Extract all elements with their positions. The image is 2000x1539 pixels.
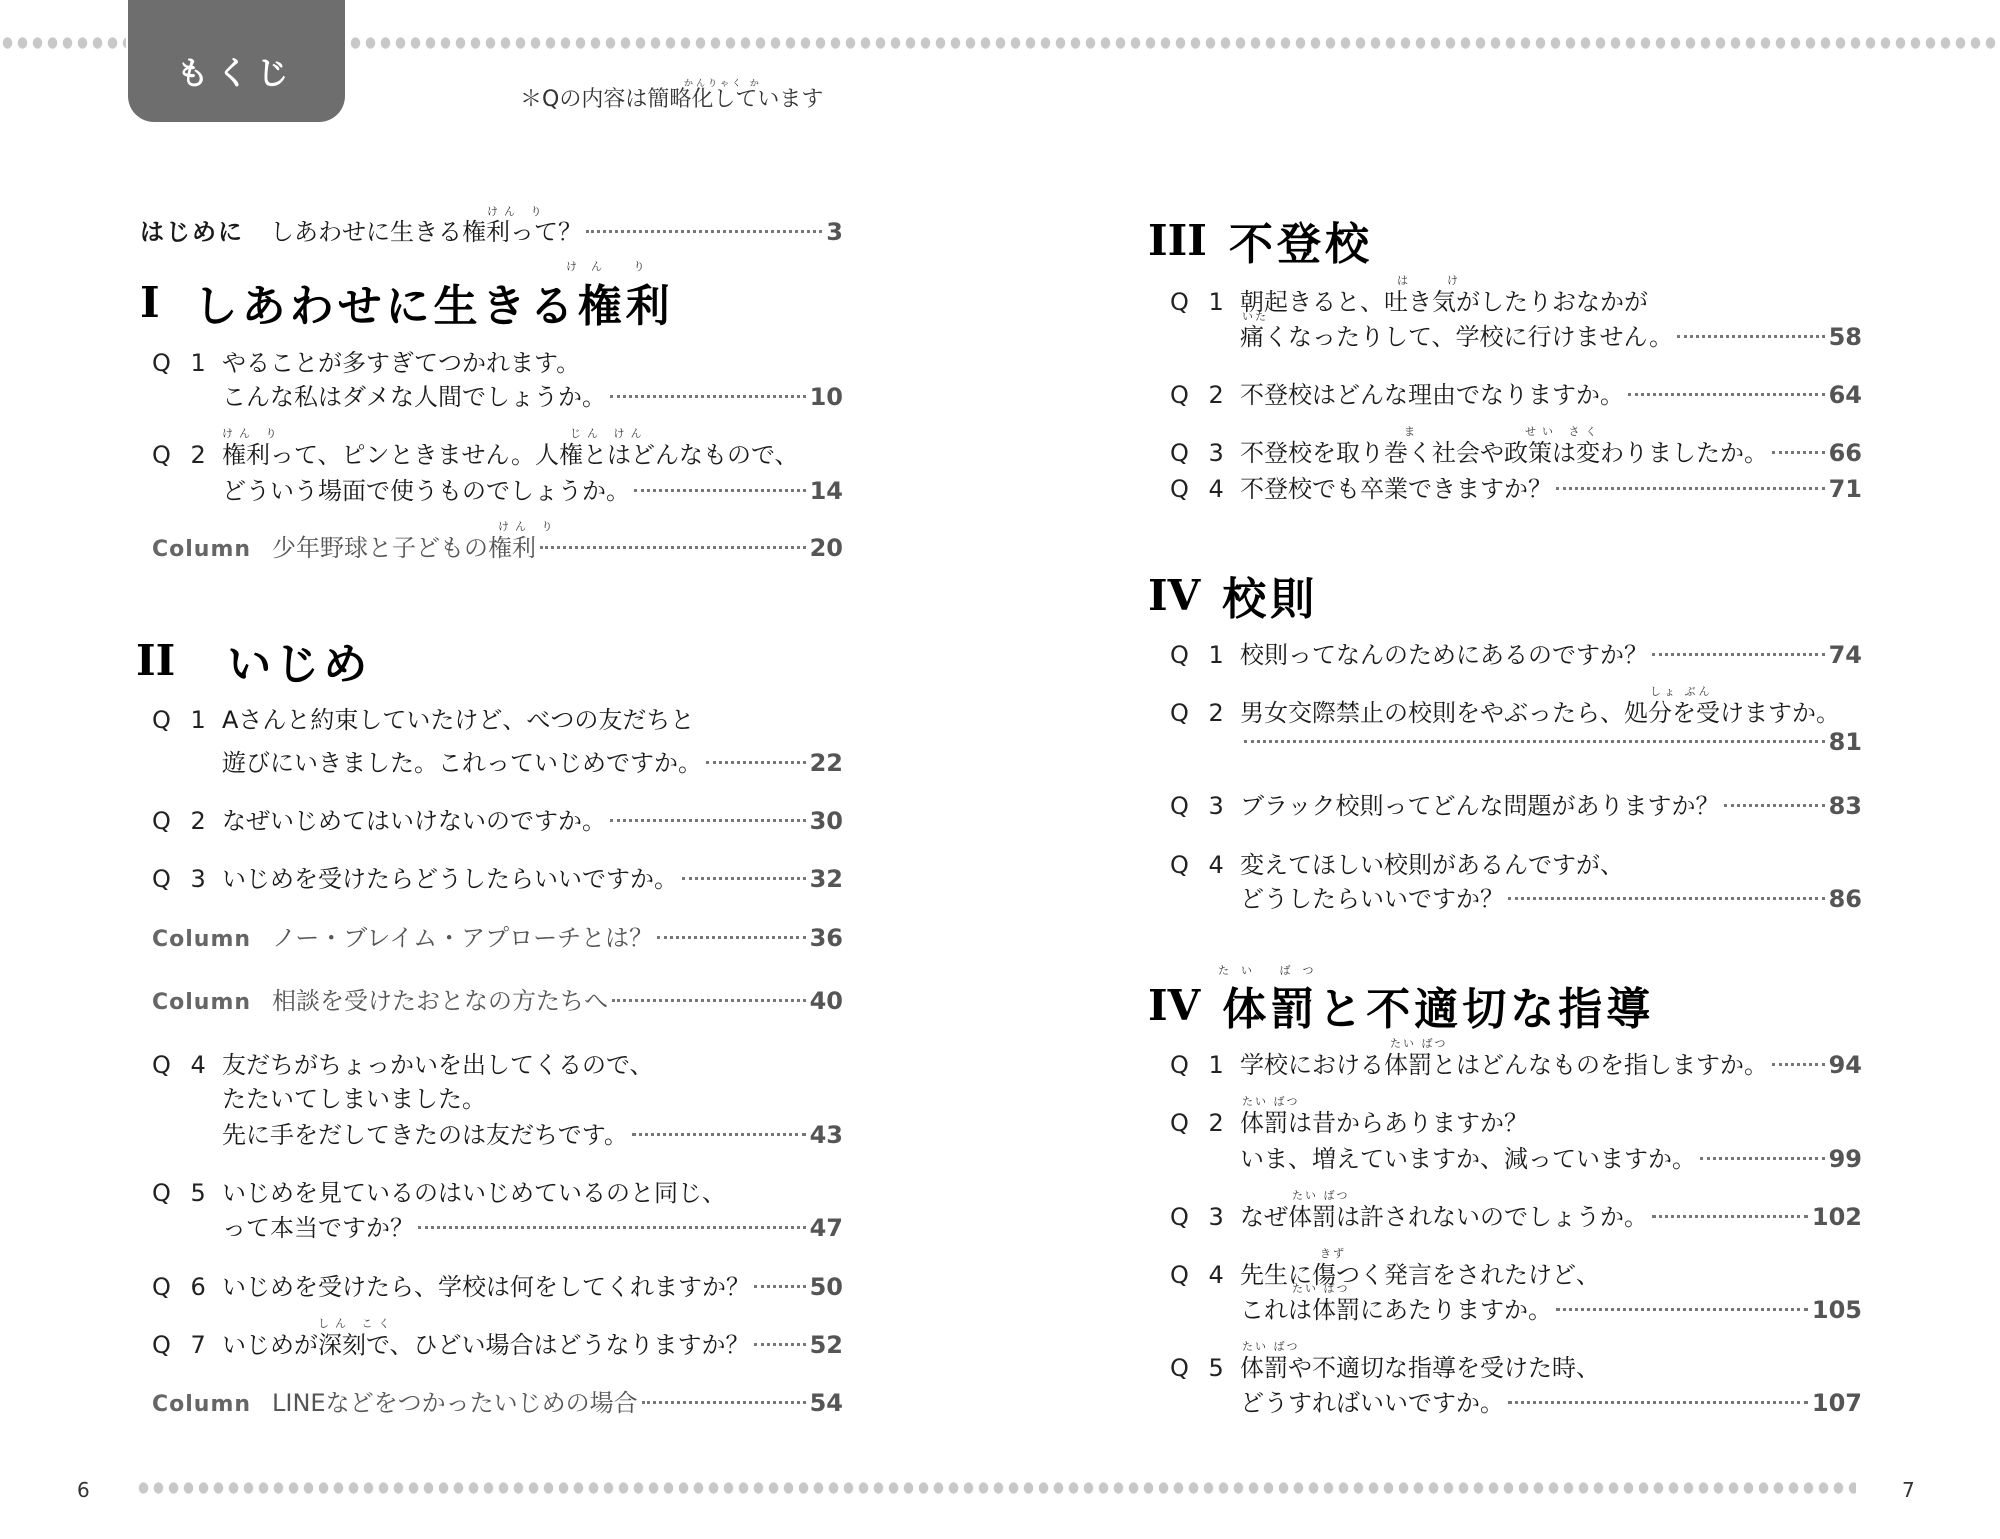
- column-label: Column: [152, 927, 272, 952]
- q-label: Q 4: [1170, 1261, 1240, 1289]
- toc-entry[interactable]: Q 4 先生に傷つく発言をされたけど、: [1170, 1255, 1862, 1290]
- toc-entry-cont[interactable]: こんな私はダメな人間でしょうか。 10: [222, 377, 843, 412]
- toc-entry-column[interactable]: Column LINEなどをつかったいじめの場合 54: [152, 1383, 843, 1418]
- intro-lead: はじめに: [140, 212, 244, 247]
- toc-entry[interactable]: Q 4 変えてほしい校則があるんですが、: [1170, 845, 1862, 880]
- section-4-heading: IV 校則: [1148, 563, 1318, 627]
- toc-entry[interactable]: Q 1 学校における体罰とはどんなものを指しますか。 94: [1170, 1045, 1862, 1080]
- entry-text: 変えてほしい校則があるんですが、: [1240, 845, 1624, 880]
- dot-leader: [754, 1285, 806, 1288]
- page-number: 86: [1829, 885, 1862, 913]
- entry-text: 学校における体罰とはどんなものを指しますか。: [1240, 1045, 1768, 1080]
- dot-leader: [1652, 653, 1825, 656]
- column-label: Column: [152, 1392, 272, 1417]
- page-number: 52: [810, 1331, 843, 1359]
- section-numeral: I: [140, 278, 160, 327]
- bottom-dots: [136, 1482, 1856, 1494]
- q-label: Q 1: [1170, 288, 1240, 316]
- toc-entry[interactable]: Q 4 友だちがちょっかいを出してくるので、: [152, 1045, 843, 1080]
- page-number: 71: [1829, 475, 1862, 503]
- entry-text: 遊びにいきました。これっていじめですか。: [222, 743, 702, 778]
- entry-text: これは体罰にあたりますか。: [1240, 1290, 1552, 1325]
- page-number: 81: [1829, 728, 1862, 756]
- column-label: Column: [152, 537, 272, 562]
- section-numeral: II: [136, 636, 175, 685]
- section-title: 校則: [1222, 563, 1318, 627]
- entry-text: なぜいじめてはいけないのですか。: [222, 801, 606, 836]
- entry-text: たたいてしまいました。: [222, 1079, 486, 1114]
- page-number: 107: [1812, 1389, 1862, 1417]
- page-number: 102: [1812, 1203, 1862, 1231]
- toc-entry[interactable]: Q 1 やることが多すぎてつかれます。: [152, 343, 843, 378]
- page-folio-right: 7: [1902, 1478, 1915, 1502]
- page-number: 14: [810, 477, 843, 505]
- entry-text: なぜ体罰は許されないのでしょうか。: [1240, 1197, 1648, 1232]
- section-2-heading: II いじめ: [136, 628, 371, 692]
- dot-leader: [706, 761, 806, 764]
- dot-leader: [1724, 804, 1825, 807]
- toc-entry[interactable]: Q 1 Aさんと約束していたけど、べつの友だちと: [152, 700, 843, 735]
- toc-entry-column[interactable]: Column 相談を受けたおとなの方たちへ 40: [152, 981, 843, 1016]
- entry-text: 不登校でも卒業できますか？: [1240, 469, 1552, 504]
- toc-entry[interactable]: Q 2 体罰は昔からありますか？: [1170, 1103, 1862, 1138]
- toc-entry[interactable]: Q 2 不登校はどんな理由でなりますか。 64: [1170, 375, 1862, 410]
- entry-text: どういう場面で使うものでしょうか。: [222, 471, 630, 506]
- toc-entry-cont[interactable]: どうすればいいですか。 107: [1240, 1383, 1862, 1418]
- toc-entry-column[interactable]: Column 少年野球と子どもの権利 20: [152, 528, 843, 563]
- entry-text: どうしたらいいですか？: [1240, 879, 1504, 914]
- dot-leader: [1677, 335, 1825, 338]
- top-dots-left: [0, 37, 126, 49]
- entry-text: 校則ってなんのためにあるのですか？: [1240, 635, 1648, 670]
- page-number: 20: [810, 534, 843, 562]
- toc-entry[interactable]: Q 2 なぜいじめてはいけないのですか。 30: [152, 801, 843, 836]
- page-number: 105: [1812, 1296, 1862, 1324]
- section-numeral: IV: [1148, 981, 1200, 1030]
- entry-text: って本当ですか？: [222, 1208, 414, 1243]
- dot-leader: [634, 489, 806, 492]
- page-number: 36: [810, 924, 843, 952]
- page-number: 94: [1829, 1051, 1862, 1079]
- page-number: 22: [810, 749, 843, 777]
- top-dots-right: [348, 37, 2000, 49]
- dot-leader: [1508, 1401, 1808, 1404]
- entry-text: 少年野球と子どもの権利: [272, 528, 536, 563]
- dot-leader: [540, 546, 806, 549]
- q-label: Q 4: [1170, 475, 1240, 503]
- section-title: 不登校: [1229, 208, 1373, 272]
- page-number: 3: [826, 218, 843, 246]
- entry-text: いじめが深刻で、ひどい場合はどうなりますか？: [222, 1325, 750, 1360]
- q-label: Q 2: [1170, 699, 1240, 727]
- q-label: Q 2: [152, 807, 222, 835]
- entry-text: ブラック校則ってどんな問題がありますか？: [1240, 786, 1720, 821]
- toc-entry-cont[interactable]: どうしたらいいですか？ 86: [1240, 879, 1862, 914]
- entry-text: 痛くなったりして、学校に行けません。: [1240, 317, 1673, 352]
- intro-text: しあわせに生きる権利って？: [270, 212, 582, 247]
- toc-entry-cont[interactable]: たたいてしまいました。: [222, 1079, 843, 1114]
- toc-entry[interactable]: Q 3 ブラック校則ってどんな問題がありますか？ 83: [1170, 786, 1862, 821]
- entry-text: 体罰は昔からありますか？: [1240, 1103, 1528, 1138]
- dot-leader: [610, 395, 806, 398]
- dot-leader: [1772, 1063, 1825, 1066]
- page-number: 43: [810, 1121, 843, 1149]
- entry-text: やることが多すぎてつかれます。: [222, 343, 580, 378]
- q-label: Q 3: [152, 865, 222, 893]
- entry-text: いじめを見ているのはいじめているのと同じ、: [222, 1173, 726, 1208]
- entry-text: いま、増えていますか、減っていますか。: [1240, 1139, 1696, 1174]
- page-number: 10: [810, 383, 843, 411]
- entry-text: 権利って、ピンときません。人権とはどんなもので、: [222, 435, 798, 470]
- toc-entry-cont[interactable]: いま、増えていますか、減っていますか。 99: [1240, 1139, 1862, 1174]
- section-3-heading: III 不登校: [1148, 208, 1373, 272]
- q-label: Q 5: [152, 1179, 222, 1207]
- entry-text: どうすればいいですか。: [1240, 1383, 1504, 1418]
- dot-leader: [1700, 1157, 1825, 1160]
- toc-entry[interactable]: Q 6 いじめを受けたら、学校は何をしてくれますか？ 50: [152, 1267, 843, 1302]
- page-folio-left: 6: [77, 1478, 90, 1502]
- q-label: Q 4: [152, 1051, 222, 1079]
- section-1-heading: I しあわせに生きる権利: [140, 270, 674, 334]
- q-label: Q 1: [1170, 1051, 1240, 1079]
- q-label: Q 2: [1170, 381, 1240, 409]
- entry-text: ノー・ブレイム・アプローチとは？: [272, 918, 653, 953]
- q-label: Q 1: [152, 706, 222, 734]
- toc-entry-column[interactable]: Column ノー・ブレイム・アプローチとは？ 36: [152, 918, 843, 953]
- page-number: 50: [810, 1273, 843, 1301]
- toc-entry[interactable]: Q 5 いじめを見ているのはいじめているのと同じ、: [152, 1173, 843, 1208]
- dot-leader: [1772, 451, 1825, 454]
- toc-entry-cont[interactable]: 先に手をだしてきたのは友だちです。 43: [222, 1115, 843, 1150]
- page-number: 64: [1829, 381, 1862, 409]
- section-numeral: IV: [1148, 571, 1200, 620]
- dot-leader: [1556, 487, 1825, 490]
- q-label: Q 2: [152, 441, 222, 469]
- toc-entry[interactable]: Q 3 不登校を取り巻く社会や政策は変わりましたか。 66: [1170, 433, 1862, 468]
- page-number: 66: [1829, 439, 1862, 467]
- q-label: Q 3: [1170, 792, 1240, 820]
- q-label: Q 7: [152, 1331, 222, 1359]
- dot-leader: [682, 877, 806, 880]
- toc-entry-cont[interactable]: って本当ですか？ 47: [222, 1208, 843, 1243]
- page-number: 83: [1829, 792, 1862, 820]
- entry-text: 朝起きると、吐き気がしたりおなかが: [1240, 282, 1648, 317]
- dot-leader: [1244, 740, 1825, 743]
- toc-entry-intro[interactable]: はじめに しあわせに生きる権利って？ 3: [140, 212, 843, 247]
- toc-entry[interactable]: Q 5 体罰や不適切な指導を受けた時、: [1170, 1348, 1862, 1383]
- entry-text: Aさんと約束していたけど、べつの友だちと: [222, 700, 694, 735]
- toc-entry-cont[interactable]: 81: [1240, 728, 1862, 756]
- dot-leader: [1556, 1308, 1808, 1311]
- page-number: 99: [1829, 1145, 1862, 1173]
- toc-entry[interactable]: Q 3 いじめを受けたらどうしたらいいですか。 32: [152, 859, 843, 894]
- entry-text: 男女交際禁止の校則をやぶったら、処分を受けますか。: [1240, 693, 1840, 728]
- toc-entry-cont[interactable]: これは体罰にあたりますか。 105: [1240, 1290, 1862, 1325]
- entry-text: 不登校を取り巻く社会や政策は変わりましたか。: [1240, 433, 1768, 468]
- toc-entry-cont[interactable]: どういう場面で使うものでしょうか。 14: [222, 471, 843, 506]
- q-label: Q 4: [1170, 851, 1240, 879]
- page-number: 58: [1829, 323, 1862, 351]
- dot-leader: [642, 1401, 806, 1404]
- q-label: Q 3: [1170, 439, 1240, 467]
- entry-text: こんな私はダメな人間でしょうか。: [222, 377, 606, 412]
- dot-leader: [1508, 897, 1825, 900]
- section-numeral: III: [1148, 216, 1207, 265]
- entry-text: いじめを受けたらどうしたらいいですか。: [222, 859, 678, 894]
- dot-leader: [1628, 393, 1825, 396]
- section-title: しあわせに生きる権利: [194, 270, 674, 334]
- dot-leader: [754, 1343, 806, 1346]
- simplification-note: ＊Qの内容は簡略化しています: [520, 82, 823, 113]
- toc-entry[interactable]: Q 3 なぜ体罰は許されないのでしょうか。 102: [1170, 1197, 1862, 1232]
- dot-leader: [418, 1226, 806, 1229]
- toc-entry[interactable]: Q 4 不登校でも卒業できますか？ 71: [1170, 469, 1862, 504]
- dot-leader: [1652, 1215, 1808, 1218]
- q-label: Q 5: [1170, 1354, 1240, 1382]
- entry-text: 先に手をだしてきたのは友だちです。: [222, 1115, 628, 1150]
- toc-entry-cont[interactable]: 遊びにいきました。これっていじめですか。 22: [222, 743, 843, 778]
- q-label: Q 1: [1170, 641, 1240, 669]
- section-5-heading: IV 体罰と不適切な指導: [1148, 973, 1654, 1037]
- page-number: 40: [810, 987, 843, 1015]
- entry-text: 相談を受けたおとなの方たちへ: [272, 981, 608, 1016]
- q-label: Q 6: [152, 1273, 222, 1301]
- section-title: いじめ: [227, 628, 371, 692]
- section-title: 体罰と不適切な指導: [1222, 973, 1654, 1037]
- dot-leader: [612, 999, 806, 1002]
- page-number: 47: [810, 1214, 843, 1242]
- toc-title: もくじ: [176, 48, 296, 94]
- page-number: 30: [810, 807, 843, 835]
- q-label: Q 1: [152, 349, 222, 377]
- toc-entry[interactable]: Q 1 朝起きると、吐き気がしたりおなかが: [1170, 282, 1862, 317]
- page-number: 54: [810, 1389, 843, 1417]
- q-label: Q 2: [1170, 1109, 1240, 1137]
- entry-text: 友だちがちょっかいを出してくるので、: [222, 1045, 654, 1080]
- dot-leader: [657, 936, 805, 939]
- toc-entry[interactable]: Q 7 いじめが深刻で、ひどい場合はどうなりますか？ 52: [152, 1325, 843, 1360]
- entry-text: 不登校はどんな理由でなりますか。: [1240, 375, 1624, 410]
- dot-leader: [610, 819, 806, 822]
- toc-entry-cont[interactable]: 痛くなったりして、学校に行けません。 58: [1240, 317, 1862, 352]
- entry-text: LINEなどをつかったいじめの場合: [272, 1383, 638, 1418]
- page-number: 74: [1829, 641, 1862, 669]
- toc-tab: もくじ: [128, 0, 345, 122]
- toc-entry[interactable]: Q 2 男女交際禁止の校則をやぶったら、処分を受けますか。: [1170, 693, 1870, 728]
- toc-entry[interactable]: Q 2 権利って、ピンときません。人権とはどんなもので、: [152, 435, 843, 470]
- dot-leader: [632, 1133, 806, 1136]
- column-label: Column: [152, 990, 272, 1015]
- dot-leader: [586, 230, 822, 233]
- page-number: 32: [810, 865, 843, 893]
- entry-text: いじめを受けたら、学校は何をしてくれますか？: [222, 1267, 750, 1302]
- q-label: Q 3: [1170, 1203, 1240, 1231]
- toc-entry[interactable]: Q 1 校則ってなんのためにあるのですか？ 74: [1170, 635, 1862, 670]
- entry-text: 体罰や不適切な指導を受けた時、: [1240, 1348, 1600, 1383]
